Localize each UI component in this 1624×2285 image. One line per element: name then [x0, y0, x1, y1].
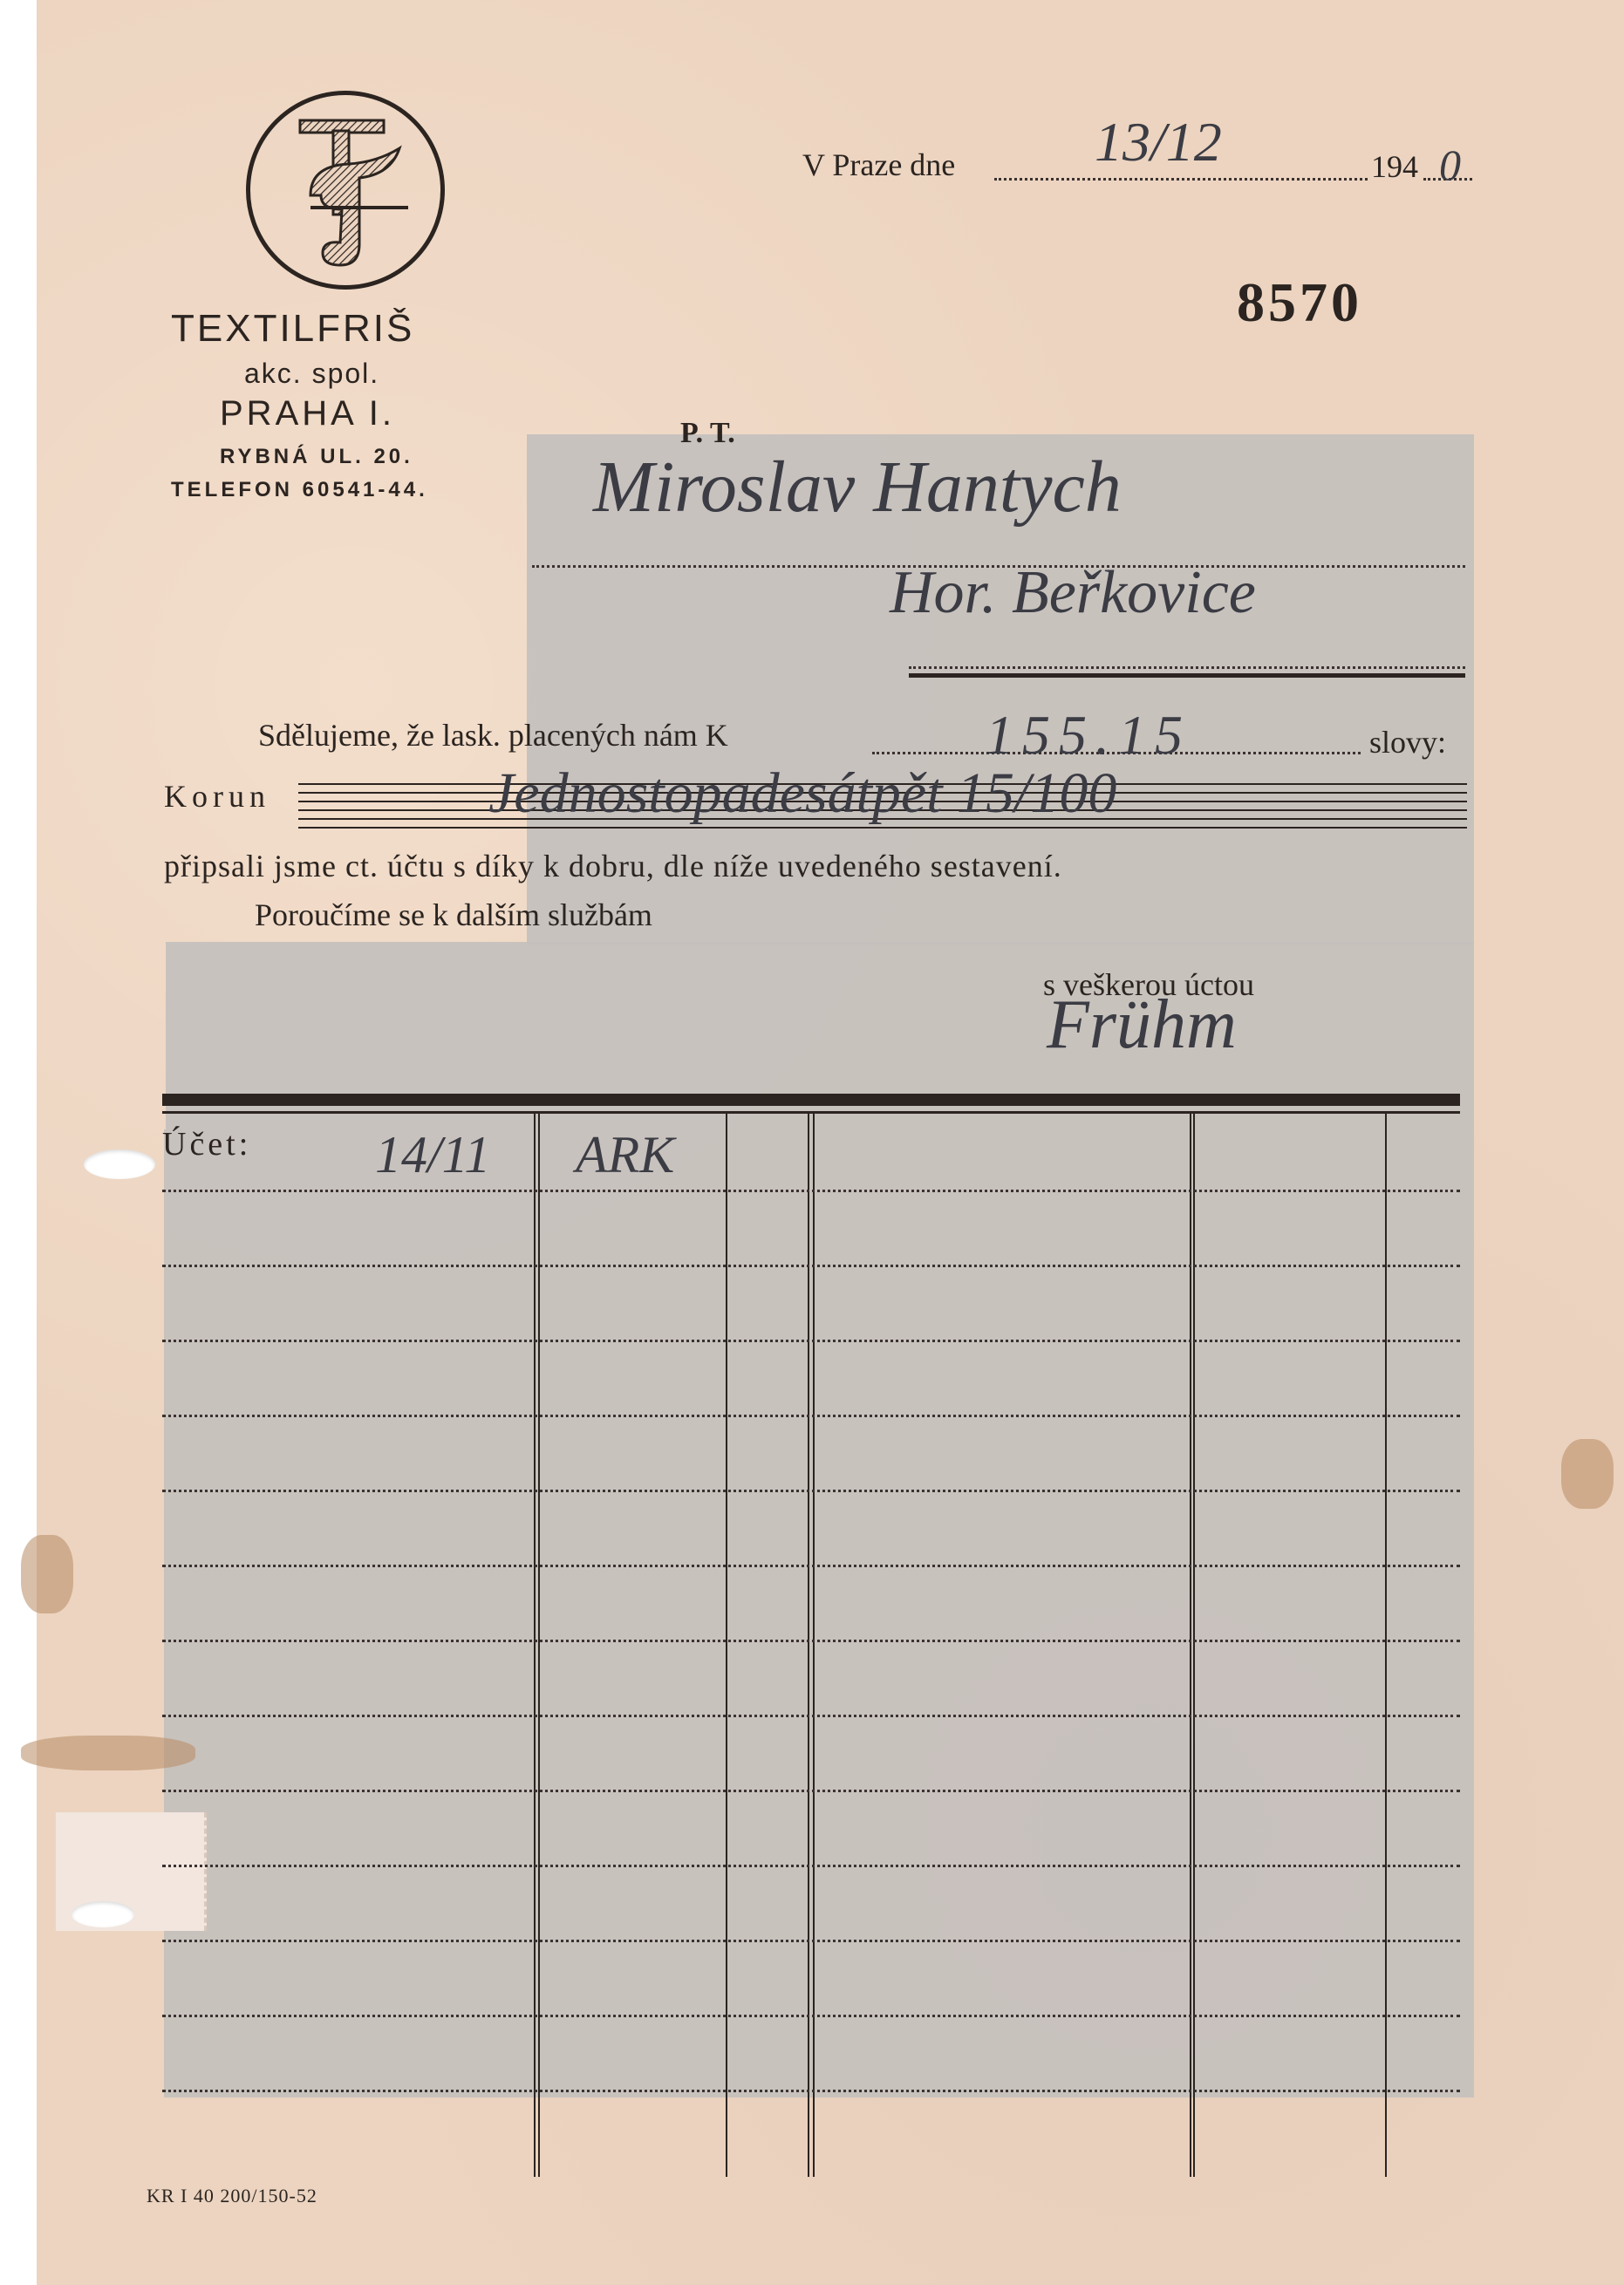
column-divider	[1193, 1113, 1195, 2177]
table-row	[162, 2015, 1460, 2017]
amount-in-words[interactable]: Jednostopadesátpět 15/100	[488, 761, 1116, 827]
punch-hole-icon	[72, 1901, 134, 1927]
table-row	[162, 1790, 1460, 1792]
credited-text: připsali jsme ct. účtu s díky k dobru, d…	[164, 848, 1062, 884]
column-divider	[538, 1113, 540, 2177]
punch-hole-icon	[84, 1149, 155, 1179]
company-street: RYBNÁ UL. 20.	[220, 445, 413, 469]
table-cell-2[interactable]: ARK	[576, 1125, 674, 1185]
table-row	[162, 1865, 1460, 1867]
address-underline	[909, 673, 1465, 678]
address-dotted-line	[909, 666, 1465, 669]
words-line	[298, 827, 1467, 829]
table-row	[162, 1340, 1460, 1342]
carbon-shade-table	[164, 1129, 1474, 2097]
column-divider	[813, 1113, 815, 2177]
company-name: TEXTILFRIŠ	[171, 307, 414, 351]
table-row	[162, 1265, 1460, 1267]
stain	[21, 1535, 73, 1613]
date-value[interactable]: 13/12	[1095, 110, 1222, 174]
payment-text: Sdělujeme, že lask. placených nám K	[258, 717, 728, 754]
year-suffix[interactable]: 0	[1439, 140, 1461, 190]
stain	[21, 1736, 195, 1770]
print-code: KR I 40 200/150-52	[147, 2185, 317, 2207]
stain	[1561, 1439, 1614, 1509]
table-row	[162, 1490, 1460, 1492]
column-divider	[808, 1113, 809, 2177]
addressee-name[interactable]: Miroslav Hantych	[593, 445, 1122, 529]
service-text: Poroučíme se k dalším službám	[255, 897, 652, 933]
table-row	[162, 1940, 1460, 1942]
table-top-rule-thin	[162, 1111, 1460, 1114]
table-row	[162, 1640, 1460, 1642]
signature[interactable]: Frühm	[1047, 986, 1237, 1065]
company-type: akc. spol.	[244, 358, 379, 390]
table-row	[162, 1415, 1460, 1417]
date-label: V Praze dne	[802, 147, 955, 183]
year-prefix: 194	[1371, 148, 1418, 185]
company-city: PRAHA I.	[220, 394, 395, 433]
slovy-label: slovy:	[1369, 724, 1446, 761]
table-row	[162, 2090, 1460, 2092]
table-row	[162, 1190, 1460, 1192]
ucet-label: Účet:	[162, 1125, 251, 1163]
table-row	[162, 1715, 1460, 1717]
table-row	[162, 1565, 1460, 1567]
document-number: 8570	[1237, 270, 1362, 335]
date-dotted-line	[994, 178, 1368, 181]
table-cell-1[interactable]: 14/11	[375, 1125, 490, 1185]
addressee-place[interactable]: Hor. Beřkovice	[890, 558, 1256, 628]
korun-label: Korun	[164, 778, 270, 815]
column-divider	[1385, 1113, 1387, 2177]
column-divider	[1190, 1113, 1191, 2177]
company-phone: TELEFON 60541-44.	[171, 478, 428, 502]
amount-value[interactable]: 155.15	[986, 703, 1191, 767]
column-divider	[534, 1113, 536, 2177]
table-top-rule	[162, 1094, 1460, 1106]
column-divider	[726, 1113, 727, 2177]
tf-monogram-icon	[246, 91, 445, 290]
